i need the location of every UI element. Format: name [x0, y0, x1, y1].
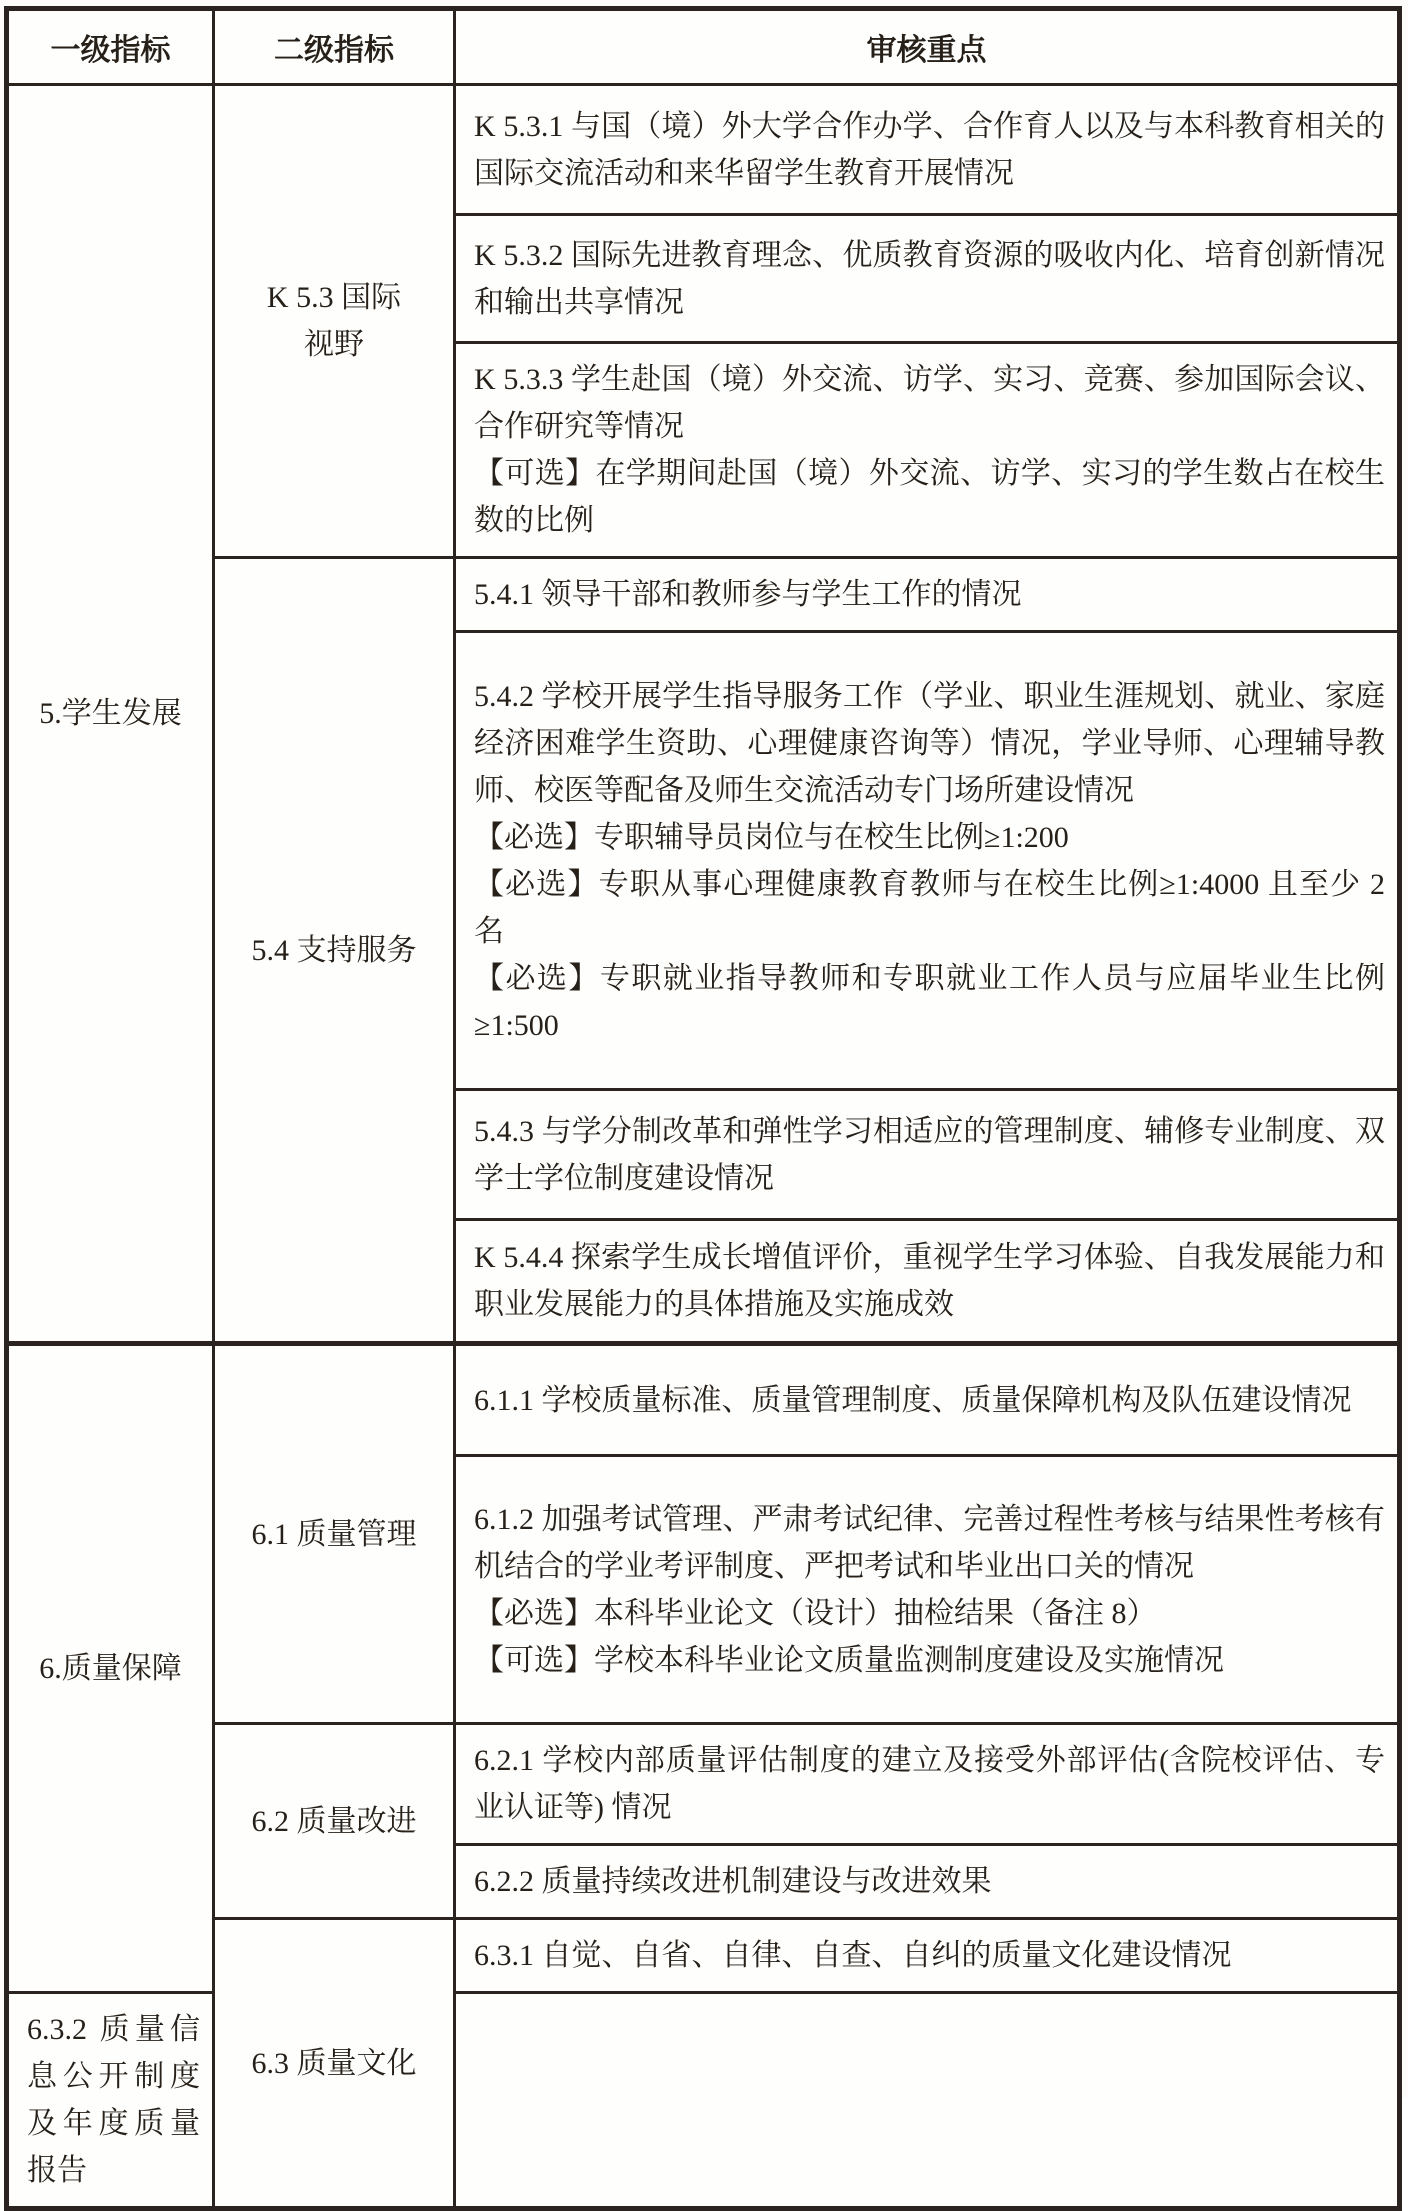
header-level2-indicator: 二级指标: [214, 9, 455, 85]
cell-level2-5-4: 5.4 支持服务: [214, 558, 455, 1344]
table-row: 5.4 支持服务 5.4.1 领导干部和教师参与学生工作的情况: [7, 558, 1400, 632]
scanned-document-page: 一级指标 二级指标 审核重点 5.学生发展 K 5.3 国际 视野 K 5.3.…: [0, 0, 1408, 2098]
table-header-row: 一级指标 二级指标 审核重点: [7, 9, 1400, 85]
cell-item-5-3-2: K 5.3.2 国际先进教育理念、优质教育资源的吸收内化、培育创新情况和输出共享…: [455, 215, 1400, 343]
item-text: 6.1.1 学校质量标准、质量管理制度、质量保障机构及队伍建设情况: [474, 1377, 1385, 1424]
cell-item-5-4-1: 5.4.1 领导干部和教师参与学生工作的情况: [455, 558, 1400, 632]
item-text: 6.1.2 加强考试管理、严肃考试纪律、完善过程性考核与结果性考核有机结合的学业…: [474, 1496, 1385, 1590]
header-level1-indicator: 一级指标: [7, 9, 214, 85]
item-optional-note: 【可选】在学期间赴国（境）外交流、访学、实习的学生数占在校生数的比例: [474, 450, 1385, 544]
item-text: 6.2.2 质量持续改进机制建设与改进效果: [474, 1858, 1385, 1905]
cell-item-6-1-2: 6.1.2 加强考试管理、严肃考试纪律、完善过程性考核与结果性考核有机结合的学业…: [455, 1456, 1400, 1724]
cell-item-6-2-2: 6.2.2 质量持续改进机制建设与改进效果: [455, 1845, 1400, 1919]
item-text: K 5.4.4 探索学生成长增值评价，重视学生学习体验、自我发展能力和职业发展能…: [474, 1234, 1385, 1328]
cell-level2-6-3: 6.3 质量文化: [214, 1919, 455, 2209]
header-audit-focus: 审核重点: [455, 9, 1400, 85]
audit-table: 一级指标 二级指标 审核重点 5.学生发展 K 5.3 国际 视野 K 5.3.…: [4, 6, 1402, 2211]
table-row: 6.质量保障 6.1 质量管理 6.1.1 学校质量标准、质量管理制度、质量保障…: [7, 1344, 1400, 1456]
cell-item-5-4-3: 5.4.3 与学分制改革和弹性学习相适应的管理制度、辅修专业制度、双学士学位制度…: [455, 1090, 1400, 1220]
cell-level2-6-1: 6.1 质量管理: [214, 1344, 455, 1724]
item-text: K 5.3.1 与国（境）外大学合作办学、合作育人以及与本科教育相关的国际交流活…: [474, 103, 1385, 197]
item-required-note: 【必选】本科毕业论文（设计）抽检结果（备注 8）: [474, 1590, 1385, 1637]
cell-item-5-3-1: K 5.3.1 与国（境）外大学合作办学、合作育人以及与本科教育相关的国际交流活…: [455, 85, 1400, 215]
item-required-note: 【必选】专职就业指导教师和专职就业工作人员与应届毕业生比例≥1:500: [474, 955, 1385, 1049]
cell-item-5-4-4: K 5.4.4 探索学生成长增值评价，重视学生学习体验、自我发展能力和职业发展能…: [455, 1220, 1400, 1344]
item-text: 5.4.3 与学分制改革和弹性学习相适应的管理制度、辅修专业制度、双学士学位制度…: [474, 1108, 1385, 1202]
cell-item-6-1-1: 6.1.1 学校质量标准、质量管理制度、质量保障机构及队伍建设情况: [455, 1344, 1400, 1456]
cell-item-6-3-1: 6.3.1 自觉、自省、自律、自查、自纠的质量文化建设情况: [455, 1919, 1400, 1993]
item-required-note: 【必选】专职从事心理健康教育教师与在校生比例≥1:4000 且至少 2 名: [474, 861, 1385, 955]
item-text: 6.3.1 自觉、自省、自律、自查、自纠的质量文化建设情况: [474, 1932, 1385, 1979]
item-required-note: 【必选】专职辅导员岗位与在校生比例≥1:200: [474, 814, 1385, 861]
cell-level2-5-3: K 5.3 国际 视野: [214, 85, 455, 558]
table-row: 5.学生发展 K 5.3 国际 视野 K 5.3.1 与国（境）外大学合作办学、…: [7, 85, 1400, 215]
cell-item-6-3-2: 6.3.2 质量信息公开制度及年度质量报告: [7, 1993, 214, 2209]
item-text: K 5.3.3 学生赴国（境）外交流、访学、实习、竞赛、参加国际会议、合作研究等…: [474, 356, 1385, 450]
cell-item-6-2-1: 6.2.1 学校内部质量评估制度的建立及接受外部评估(含院校评估、专业认证等) …: [455, 1724, 1400, 1845]
item-text: 5.4.2 学校开展学生指导服务工作（学业、职业生涯规划、就业、家庭经济困难学生…: [474, 673, 1385, 814]
cell-item-5-3-3: K 5.3.3 学生赴国（境）外交流、访学、实习、竞赛、参加国际会议、合作研究等…: [455, 343, 1400, 558]
cell-level2-6-2: 6.2 质量改进: [214, 1724, 455, 1919]
cell-level1-5: 5.学生发展: [7, 85, 214, 1344]
cell-item-5-4-2: 5.4.2 学校开展学生指导服务工作（学业、职业生涯规划、就业、家庭经济困难学生…: [455, 632, 1400, 1090]
item-optional-note: 【可选】学校本科毕业论文质量监测制度建设及实施情况: [474, 1637, 1385, 1684]
item-text: 5.4.1 领导干部和教师参与学生工作的情况: [474, 571, 1385, 618]
item-text: 6.2.1 学校内部质量评估制度的建立及接受外部评估(含院校评估、专业认证等) …: [474, 1737, 1385, 1831]
table-row: 6.2 质量改进 6.2.1 学校内部质量评估制度的建立及接受外部评估(含院校评…: [7, 1724, 1400, 1845]
item-text: K 5.3.2 国际先进教育理念、优质教育资源的吸收内化、培育创新情况和输出共享…: [474, 232, 1385, 326]
item-text: 6.3.2 质量信息公开制度及年度质量报告: [27, 2006, 200, 2194]
table-row: 6.3 质量文化 6.3.1 自觉、自省、自律、自查、自纠的质量文化建设情况: [7, 1919, 1400, 1993]
cell-level1-6: 6.质量保障: [7, 1344, 214, 1993]
